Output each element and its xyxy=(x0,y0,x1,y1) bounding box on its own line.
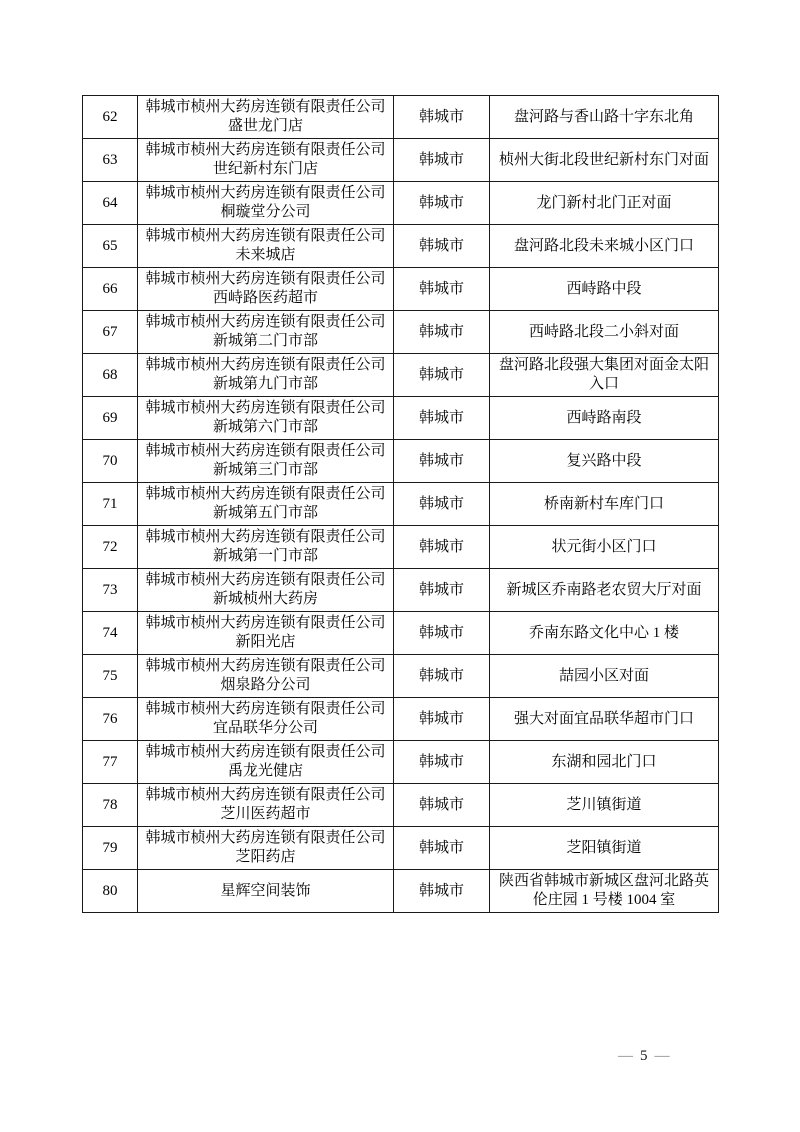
row-number: 71 xyxy=(83,483,138,526)
city: 韩城市 xyxy=(394,96,490,139)
city: 韩城市 xyxy=(394,526,490,569)
page-number: —5— xyxy=(618,1048,671,1065)
company-name: 韩城市桢州大药房连锁有限责任公司新城第二门市部 xyxy=(138,311,394,354)
address: 强大对面宜品联华超市门口 xyxy=(490,698,719,741)
address: 状元街小区门口 xyxy=(490,526,719,569)
company-name: 韩城市桢州大药房连锁有限责任公司新城第三门市部 xyxy=(138,440,394,483)
address: 东湖和园北门口 xyxy=(490,741,719,784)
address: 乔南东路文化中心 1 楼 xyxy=(490,612,719,655)
company-name: 韩城市桢州大药房连锁有限责任公司芝阳药店 xyxy=(138,827,394,870)
table-row: 64 韩城市桢州大药房连锁有限责任公司桐璇堂分公司 韩城市 龙门新村北门正对面 xyxy=(83,182,719,225)
table-row: 74 韩城市桢州大药房连锁有限责任公司新阳光店 韩城市 乔南东路文化中心 1 楼 xyxy=(83,612,719,655)
table-row: 76 韩城市桢州大药房连锁有限责任公司宜品联华分公司 韩城市 强大对面宜品联华超… xyxy=(83,698,719,741)
city: 韩城市 xyxy=(394,182,490,225)
city: 韩城市 xyxy=(394,397,490,440)
address: 西峙路南段 xyxy=(490,397,719,440)
row-number: 62 xyxy=(83,96,138,139)
city: 韩城市 xyxy=(394,784,490,827)
page-number-dash-right: — xyxy=(655,1048,671,1064)
address: 盘河路与香山路十字东北角 xyxy=(490,96,719,139)
table-row: 73 韩城市桢州大药房连锁有限责任公司新城桢州大药房 韩城市 新城区乔南路老农贸… xyxy=(83,569,719,612)
document-page: 62 韩城市桢州大药房连锁有限责任公司盛世龙门店 韩城市 盘河路与香山路十字东北… xyxy=(0,0,800,1132)
city: 韩城市 xyxy=(394,311,490,354)
table-row: 77 韩城市桢州大药房连锁有限责任公司禹龙光健店 韩城市 东湖和园北门口 xyxy=(83,741,719,784)
table-row: 72 韩城市桢州大药房连锁有限责任公司新城第一门市部 韩城市 状元街小区门口 xyxy=(83,526,719,569)
row-number: 74 xyxy=(83,612,138,655)
row-number: 77 xyxy=(83,741,138,784)
row-number: 72 xyxy=(83,526,138,569)
table-row: 67 韩城市桢州大药房连锁有限责任公司新城第二门市部 韩城市 西峙路北段二小斜对… xyxy=(83,311,719,354)
city: 韩城市 xyxy=(394,741,490,784)
table-row: 62 韩城市桢州大药房连锁有限责任公司盛世龙门店 韩城市 盘河路与香山路十字东北… xyxy=(83,96,719,139)
table-row: 78 韩城市桢州大药房连锁有限责任公司芝川医药超市 韩城市 芝川镇街道 xyxy=(83,784,719,827)
company-name: 韩城市桢州大药房连锁有限责任公司世纪新村东门店 xyxy=(138,139,394,182)
company-name: 韩城市桢州大药房连锁有限责任公司未来城店 xyxy=(138,225,394,268)
row-number: 79 xyxy=(83,827,138,870)
row-number: 67 xyxy=(83,311,138,354)
company-name: 韩城市桢州大药房连锁有限责任公司烟泉路分公司 xyxy=(138,655,394,698)
company-name: 韩城市桢州大药房连锁有限责任公司桐璇堂分公司 xyxy=(138,182,394,225)
pharmacy-location-table: 62 韩城市桢州大药房连锁有限责任公司盛世龙门店 韩城市 盘河路与香山路十字东北… xyxy=(82,95,719,913)
row-number: 76 xyxy=(83,698,138,741)
table-row: 63 韩城市桢州大药房连锁有限责任公司世纪新村东门店 韩城市 桢州大街北段世纪新… xyxy=(83,139,719,182)
company-name: 韩城市桢州大药房连锁有限责任公司新阳光店 xyxy=(138,612,394,655)
company-name: 韩城市桢州大药房连锁有限责任公司新城第九门市部 xyxy=(138,354,394,397)
table-row: 75 韩城市桢州大药房连锁有限责任公司烟泉路分公司 韩城市 喆园小区对面 xyxy=(83,655,719,698)
page-number-value: 5 xyxy=(634,1048,655,1064)
table-row: 68 韩城市桢州大药房连锁有限责任公司新城第九门市部 韩城市 盘河路北段强大集团… xyxy=(83,354,719,397)
address: 新城区乔南路老农贸大厅对面 xyxy=(490,569,719,612)
table-body: 62 韩城市桢州大药房连锁有限责任公司盛世龙门店 韩城市 盘河路与香山路十字东北… xyxy=(83,96,719,913)
city: 韩城市 xyxy=(394,440,490,483)
company-name: 韩城市桢州大药房连锁有限责任公司禹龙光健店 xyxy=(138,741,394,784)
company-name: 韩城市桢州大药房连锁有限责任公司盛世龙门店 xyxy=(138,96,394,139)
address: 芝阳镇街道 xyxy=(490,827,719,870)
address: 龙门新村北门正对面 xyxy=(490,182,719,225)
address: 陕西省韩城市新城区盘河北路英伦庄园 1 号楼 1004 室 xyxy=(490,870,719,913)
address: 盘河路北段强大集团对面金太阳入口 xyxy=(490,354,719,397)
company-name: 韩城市桢州大药房连锁有限责任公司新城第五门市部 xyxy=(138,483,394,526)
company-name: 韩城市桢州大药房连锁有限责任公司新城第六门市部 xyxy=(138,397,394,440)
table-row: 80 星辉空间装饰 韩城市 陕西省韩城市新城区盘河北路英伦庄园 1 号楼 100… xyxy=(83,870,719,913)
row-number: 64 xyxy=(83,182,138,225)
city: 韩城市 xyxy=(394,569,490,612)
row-number: 75 xyxy=(83,655,138,698)
company-name: 韩城市桢州大药房连锁有限责任公司宜品联华分公司 xyxy=(138,698,394,741)
city: 韩城市 xyxy=(394,827,490,870)
city: 韩城市 xyxy=(394,354,490,397)
company-name: 韩城市桢州大药房连锁有限责任公司新城桢州大药房 xyxy=(138,569,394,612)
row-number: 69 xyxy=(83,397,138,440)
row-number: 80 xyxy=(83,870,138,913)
address: 桥南新村车库门口 xyxy=(490,483,719,526)
company-name: 韩城市桢州大药房连锁有限责任公司芝川医药超市 xyxy=(138,784,394,827)
address: 西峙路中段 xyxy=(490,268,719,311)
city: 韩城市 xyxy=(394,655,490,698)
row-number: 63 xyxy=(83,139,138,182)
row-number: 73 xyxy=(83,569,138,612)
city: 韩城市 xyxy=(394,698,490,741)
company-name: 韩城市桢州大药房连锁有限责任公司西峙路医药超市 xyxy=(138,268,394,311)
address: 桢州大街北段世纪新村东门对面 xyxy=(490,139,719,182)
company-name: 星辉空间装饰 xyxy=(138,870,394,913)
city: 韩城市 xyxy=(394,268,490,311)
table-row: 79 韩城市桢州大药房连锁有限责任公司芝阳药店 韩城市 芝阳镇街道 xyxy=(83,827,719,870)
row-number: 68 xyxy=(83,354,138,397)
address: 喆园小区对面 xyxy=(490,655,719,698)
city: 韩城市 xyxy=(394,225,490,268)
city: 韩城市 xyxy=(394,483,490,526)
row-number: 65 xyxy=(83,225,138,268)
table-row: 69 韩城市桢州大药房连锁有限责任公司新城第六门市部 韩城市 西峙路南段 xyxy=(83,397,719,440)
table-row: 65 韩城市桢州大药房连锁有限责任公司未来城店 韩城市 盘河路北段未来城小区门口 xyxy=(83,225,719,268)
address: 西峙路北段二小斜对面 xyxy=(490,311,719,354)
row-number: 70 xyxy=(83,440,138,483)
city: 韩城市 xyxy=(394,612,490,655)
city: 韩城市 xyxy=(394,870,490,913)
address: 盘河路北段未来城小区门口 xyxy=(490,225,719,268)
row-number: 66 xyxy=(83,268,138,311)
address: 芝川镇街道 xyxy=(490,784,719,827)
company-name: 韩城市桢州大药房连锁有限责任公司新城第一门市部 xyxy=(138,526,394,569)
table-row: 71 韩城市桢州大药房连锁有限责任公司新城第五门市部 韩城市 桥南新村车库门口 xyxy=(83,483,719,526)
city: 韩城市 xyxy=(394,139,490,182)
row-number: 78 xyxy=(83,784,138,827)
page-number-dash-left: — xyxy=(618,1048,634,1064)
table-row: 70 韩城市桢州大药房连锁有限责任公司新城第三门市部 韩城市 复兴路中段 xyxy=(83,440,719,483)
address: 复兴路中段 xyxy=(490,440,719,483)
table-row: 66 韩城市桢州大药房连锁有限责任公司西峙路医药超市 韩城市 西峙路中段 xyxy=(83,268,719,311)
